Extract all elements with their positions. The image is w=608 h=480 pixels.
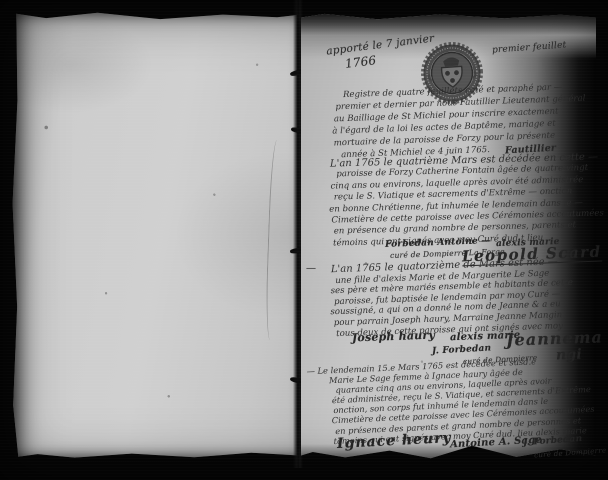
act-entry-baptism: L'an 1765 le quatorzième de Mars est née… [331,257,575,340]
signature-large: Jeannema [506,327,603,349]
margin-dash: — [306,263,316,274]
register-scan: apporté le 7 janvier 1766 premier feuill… [0,0,608,480]
blank-left-page [12,11,297,459]
act-entry-burial-1: L'an 1765 le quatrième Mars est décédée … [330,151,605,249]
